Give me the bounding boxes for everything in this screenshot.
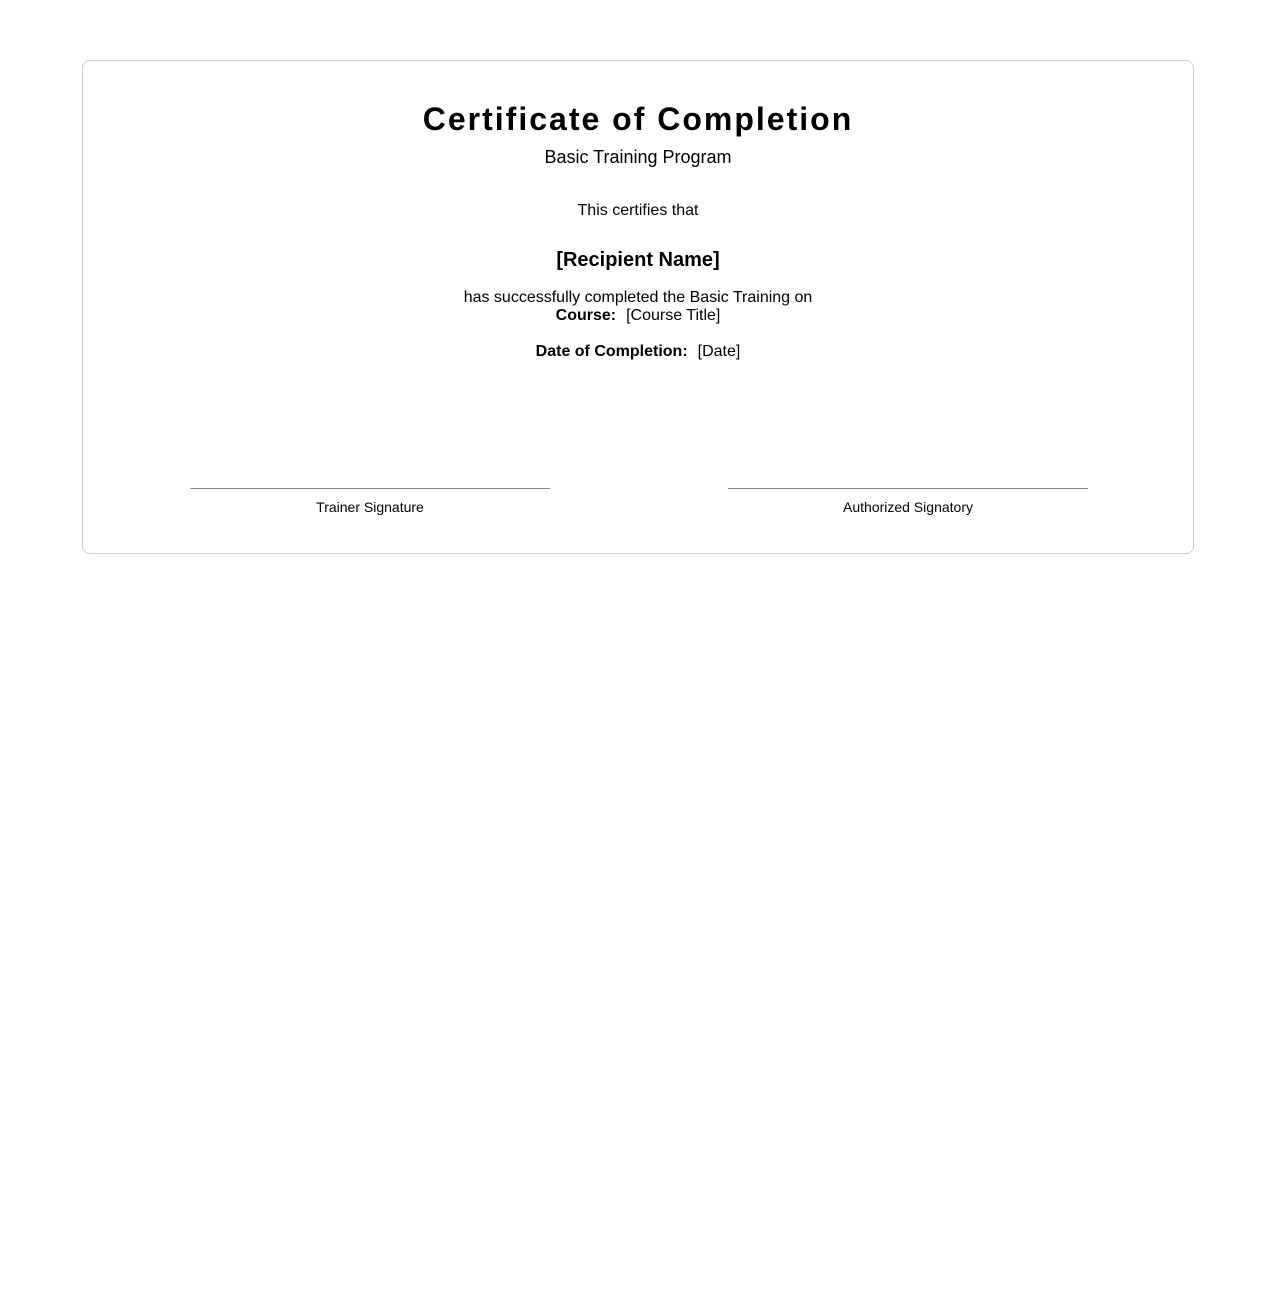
course-line: Course:[Course Title] [83, 307, 1193, 325]
authorized-signature-block: Authorized Signatory [728, 488, 1088, 516]
trainer-signature-block: Trainer Signature [190, 488, 550, 516]
date-value: [Date] [698, 343, 741, 360]
trainer-signature-label: Trainer Signature [190, 499, 550, 516]
certificate-subtitle: Basic Training Program [83, 146, 1193, 168]
recipient-name: [Recipient Name] [83, 247, 1193, 273]
course-label: Course: [556, 307, 616, 324]
certificate-card: Certificate of Completion Basic Training… [82, 60, 1194, 554]
date-label: Date of Completion: [536, 343, 688, 360]
signature-line [728, 488, 1088, 489]
certificate-title: Certificate of Completion [83, 99, 1193, 139]
course-value: [Course Title] [626, 307, 720, 324]
intro-text: This certifies that [83, 201, 1193, 221]
date-line: Date of Completion:[Date] [83, 343, 1193, 361]
signature-line [190, 488, 550, 489]
completion-text: has successfully completed the Basic Tra… [83, 289, 1193, 307]
authorized-signatory-label: Authorized Signatory [728, 499, 1088, 516]
